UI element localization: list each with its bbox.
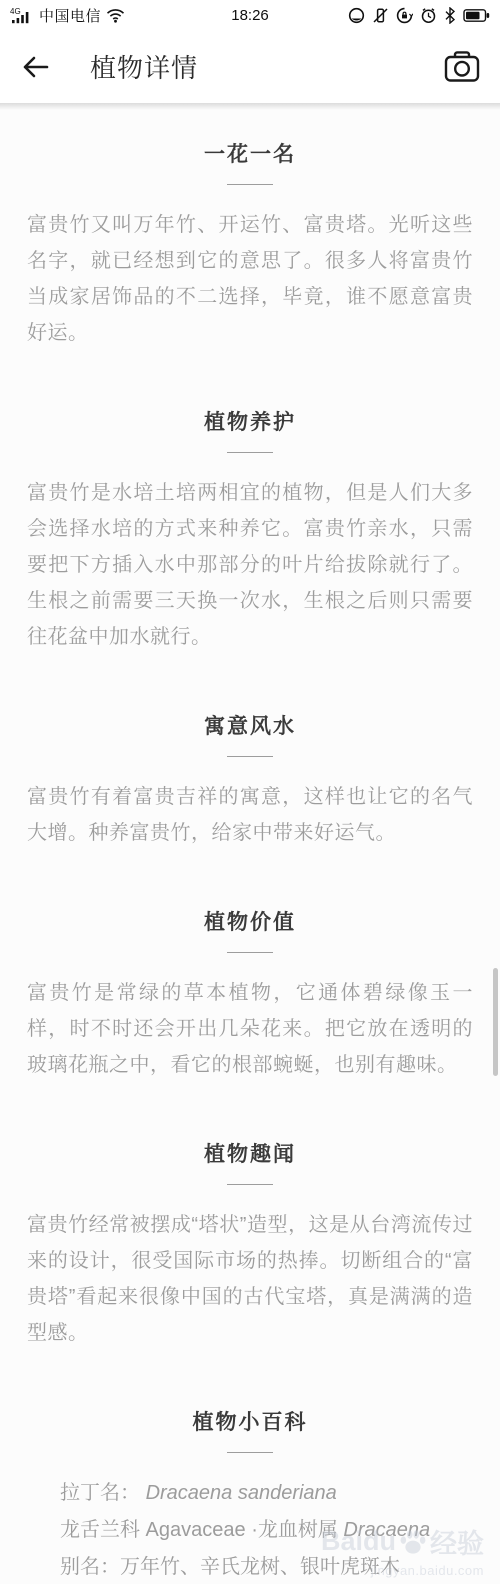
genus-name: Dracaena xyxy=(343,1519,430,1541)
section-title: 植物趣闻 xyxy=(0,1139,500,1169)
section-one-flower-one-name: 一花一名 富贵竹又叫万年竹、开运竹、富贵塔。光听这些名字，就已经想到它的意思了。… xyxy=(0,139,500,351)
data-saver-icon xyxy=(348,7,365,24)
latin-name-label: 拉丁名： xyxy=(60,1482,140,1504)
encyclopedia-body: 拉丁名： Dracaena sanderiana 龙舌兰科 Agavaceae … xyxy=(60,1475,476,1584)
title-divider xyxy=(227,952,273,953)
status-bar-right xyxy=(348,7,490,24)
section-title: 植物养护 xyxy=(0,407,500,437)
status-bar: 4G 中国电信 18:26 xyxy=(0,0,500,30)
title-divider xyxy=(227,184,273,185)
status-bar-left: 4G 中国电信 xyxy=(10,5,125,26)
wifi-icon xyxy=(106,8,125,23)
section-feng-shui: 寓意风水 富贵竹有着富贵吉祥的寓意，这样也让它的名气大增。种养富贵竹，给家中带来… xyxy=(0,711,500,851)
section-body: 富贵竹是常绿的草本植物，它通体碧绿像玉一样，时不时还会开出几朵花来。把它放在透明… xyxy=(27,975,473,1083)
app-header: 植物详情 xyxy=(0,30,500,103)
section-plant-value: 植物价值 富贵竹是常绿的草本植物，它通体碧绿像玉一样，时不时还会开出几朵花来。把… xyxy=(0,907,500,1083)
section-title: 植物小百科 xyxy=(0,1407,500,1437)
page-title: 植物详情 xyxy=(90,48,198,85)
family-text: 龙舌兰科 Agavaceae ·龙血树属 xyxy=(60,1519,343,1541)
section-encyclopedia: 植物小百科 拉丁名： Dracaena sanderiana 龙舌兰科 Agav… xyxy=(0,1407,500,1584)
section-title: 植物价值 xyxy=(0,907,500,937)
title-divider xyxy=(227,452,273,453)
section-title: 一花一名 xyxy=(0,139,500,169)
family-line: 龙舌兰科 Agavaceae ·龙血树属 Dracaena xyxy=(60,1512,476,1549)
scrollbar-thumb[interactable] xyxy=(493,968,498,1076)
bluetooth-icon xyxy=(444,7,456,24)
camera-icon xyxy=(444,50,480,83)
camera-button[interactable] xyxy=(442,47,482,87)
section-plant-care: 植物养护 富贵竹是水培土培两相宜的植物，但是人们大多会选择水培的方式来种养它。富… xyxy=(0,407,500,655)
network-type-label: 4G xyxy=(10,7,21,16)
back-button[interactable] xyxy=(18,50,52,84)
signal-icon: 4G xyxy=(10,7,34,24)
latin-name-value: Dracaena sanderiana xyxy=(146,1482,337,1504)
section-title: 寓意风水 xyxy=(0,711,500,741)
carrier-label: 中国电信 xyxy=(39,5,101,26)
vibrate-off-icon xyxy=(372,7,389,24)
alias-text: 别名：万年竹、辛氏龙树、银叶虎斑木 xyxy=(60,1556,400,1578)
title-divider xyxy=(227,1184,273,1185)
section-body: 富贵竹有着富贵吉祥的寓意，这样也让它的名气大增。种养富贵竹，给家中带来好运气。 xyxy=(27,779,473,851)
alarm-icon xyxy=(420,7,437,24)
section-body: 富贵竹经常被摆成“塔状”造型，这是从台湾流传过来的设计，很受国际市场的热捧。切断… xyxy=(27,1207,473,1351)
back-arrow-icon xyxy=(21,55,49,79)
section-body: 富贵竹又叫万年竹、开运竹、富贵塔。光听这些名字，就已经想到它的意思了。很多人将富… xyxy=(27,207,473,351)
section-body: 富贵竹是水培土培两相宜的植物，但是人们大多会选择水培的方式来种养它。富贵竹亲水，… xyxy=(27,475,473,655)
rotation-lock-icon xyxy=(396,7,413,24)
battery-icon xyxy=(463,8,490,23)
title-divider xyxy=(227,1452,273,1453)
latin-name-line: 拉丁名： Dracaena sanderiana xyxy=(60,1475,476,1512)
section-plant-trivia: 植物趣闻 富贵竹经常被摆成“塔状”造型，这是从台湾流传过来的设计，很受国际市场的… xyxy=(0,1139,500,1351)
article-content: 一花一名 富贵竹又叫万年竹、开运竹、富贵塔。光听这些名字，就已经想到它的意思了。… xyxy=(0,103,500,1584)
clock-time: 18:26 xyxy=(231,7,269,24)
title-divider xyxy=(227,756,273,757)
alias-line: 别名：万年竹、辛氏龙树、银叶虎斑木 xyxy=(60,1549,476,1584)
